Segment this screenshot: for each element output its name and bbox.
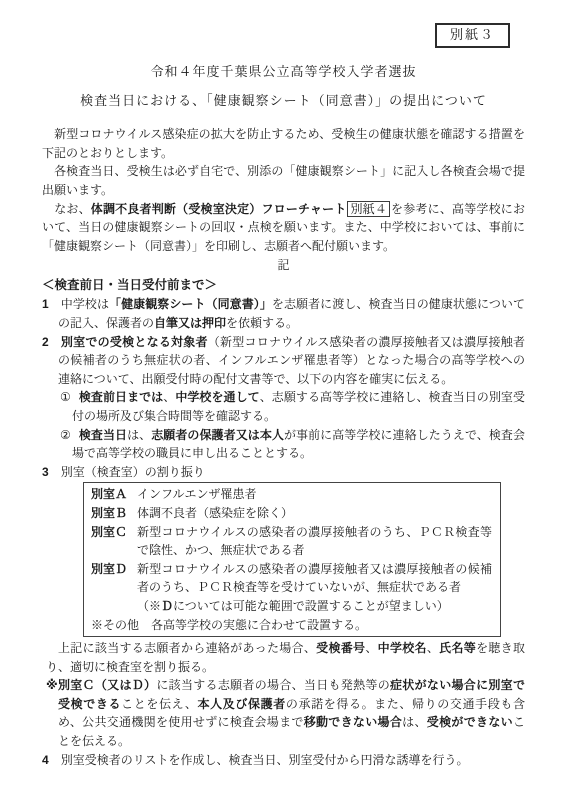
sub-item-text-2: 検査当日は、志願者の保護者又は本人が事前に高等学校に連絡したうえで、検査会場で高… xyxy=(72,428,525,461)
post-paragraph-1: 上記に該当する志願者から連絡があった場合、受検番号、中学校名、氏名等を聴き取り、… xyxy=(46,639,525,676)
sub-item-number-2: ② xyxy=(60,428,71,442)
item-number-1: 1 xyxy=(42,297,49,311)
item-number-3: 3 xyxy=(42,465,49,479)
item-text-3: 別室（検査室）の割り振り xyxy=(61,465,205,479)
ki-marker: 記 xyxy=(42,256,525,275)
item-number-2: 2 xyxy=(42,335,49,349)
room-desc-b: 体調不良者（感染症を除く） xyxy=(137,504,492,523)
room-box-footer: ※その他 各高等学校の実態に合わせて設置する。 xyxy=(91,616,492,635)
room-label-a: 別室Ａ xyxy=(91,485,137,504)
list-item-4: 4別室受検者のリストを作成し、検査当日、別室受付から円滑な誘導を行う。 xyxy=(42,751,525,770)
document-page: 別紙３ 令和４年度千葉県公立高等学校入学者選抜 検査当日における、「健康観察シー… xyxy=(0,0,566,800)
sub-item-2: ②検査当日は、志願者の保護者又は本人が事前に高等学校に連絡したうえで、検査会場で… xyxy=(60,426,525,463)
intro-paragraph-2: 各検査当日、受検生は必ず自宅で、別添の「健康観察シート」に記入し各検査会場で提出… xyxy=(42,162,525,199)
section-heading: ＜検査前日・当日受付前まで＞ xyxy=(42,276,525,295)
item-text-2: 別室での受検となる対象者（新型コロナウイルス感染者の濃厚接触者又は濃厚接触者の候… xyxy=(58,335,525,386)
intro-paragraph-1: 新型コロナウイルス感染症の拡大を防止するため、受検生の健康状態を確認する措置を下… xyxy=(42,125,525,162)
attachment-tag-label: 別紙３ xyxy=(450,27,495,42)
room-row-a: 別室Ａ インフルエンザ罹患者 xyxy=(91,485,492,504)
sub-item-number-1: ① xyxy=(60,390,71,404)
document-body: 新型コロナウイルス感染症の拡大を防止するため、受検生の健康状態を確認する措置を下… xyxy=(42,125,525,769)
room-desc-a: インフルエンザ罹患者 xyxy=(137,485,492,504)
attachment-tag-box: 別紙３ xyxy=(435,23,510,48)
room-desc-d-text: 新型コロナウイルスの感染者の濃厚接触者又は濃厚接触者の候補者のうち、ＰＣＲ検査等… xyxy=(137,562,492,595)
list-item-1: 1中学校は「健康観察シート（同意書）」を志願者に渡し、検査当日の健康状態について… xyxy=(42,295,525,332)
room-label-b: 別室Ｂ xyxy=(91,504,137,523)
room-d-note: （※Ｄについては可能な範囲で設置することが望ましい） xyxy=(137,597,492,616)
list-item-3: 3別室（検査室）の割り振り xyxy=(42,463,525,482)
room-label-c: 別室Ｃ xyxy=(91,523,137,560)
sub-item-text-1: 検査前日までは、中学校を通して、志願する高等学校に連絡し、検査当日の別室受付の場… xyxy=(72,390,525,423)
room-label-d: 別室Ｄ xyxy=(91,560,137,616)
document-title-line2: 検査当日における、「健康観察シート（同意書）」の提出について xyxy=(42,91,525,111)
room-desc-d: 新型コロナウイルスの感染者の濃厚接触者又は濃厚接触者の候補者のうち、ＰＣＲ検査等… xyxy=(137,560,492,616)
room-row-d: 別室Ｄ 新型コロナウイルスの感染者の濃厚接触者又は濃厚接触者の候補者のうち、ＰＣ… xyxy=(91,560,492,616)
title-block: 令和４年度千葉県公立高等学校入学者選抜 検査当日における、「健康観察シート（同意… xyxy=(42,62,525,111)
room-row-c: 別室Ｃ 新型コロナウイルスの感染者の濃厚接触者のうち、ＰＣＲ検査等で陰性、かつ、… xyxy=(91,523,492,560)
list-item-2: 2別室での受検となる対象者（新型コロナウイルス感染者の濃厚接触者又は濃厚接触者の… xyxy=(42,333,525,389)
sub-item-1: ①検査前日までは、中学校を通して、志願する高等学校に連絡し、検査当日の別室受付の… xyxy=(60,388,525,425)
room-row-b: 別室Ｂ 体調不良者（感染症を除く） xyxy=(91,504,492,523)
room-desc-c: 新型コロナウイルスの感染者の濃厚接触者のうち、ＰＣＲ検査等で陰性、かつ、無症状で… xyxy=(137,523,492,560)
room-assignment-box: 別室Ａ インフルエンザ罹患者 別室Ｂ 体調不良者（感染症を除く） 別室Ｃ 新型コ… xyxy=(83,482,501,637)
document-title-line1: 令和４年度千葉県公立高等学校入学者選抜 xyxy=(42,62,525,82)
intro-paragraph-3: なお、体調不良者判断（受検室決定）フローチャート別紙４を参考に、高等学校において… xyxy=(42,200,525,256)
item-text-4: 別室受検者のリストを作成し、検査当日、別室受付から円滑な誘導を行う。 xyxy=(61,753,469,767)
item-text-1: 中学校は「健康観察シート（同意書）」を志願者に渡し、検査当日の健康状態についての… xyxy=(58,297,525,330)
note-paragraph: ※別室Ｃ（又はＤ）に該当する志願者の場合、当日も発熱等の症状がない場合に別室で受… xyxy=(46,676,525,750)
item-number-4: 4 xyxy=(42,753,49,767)
